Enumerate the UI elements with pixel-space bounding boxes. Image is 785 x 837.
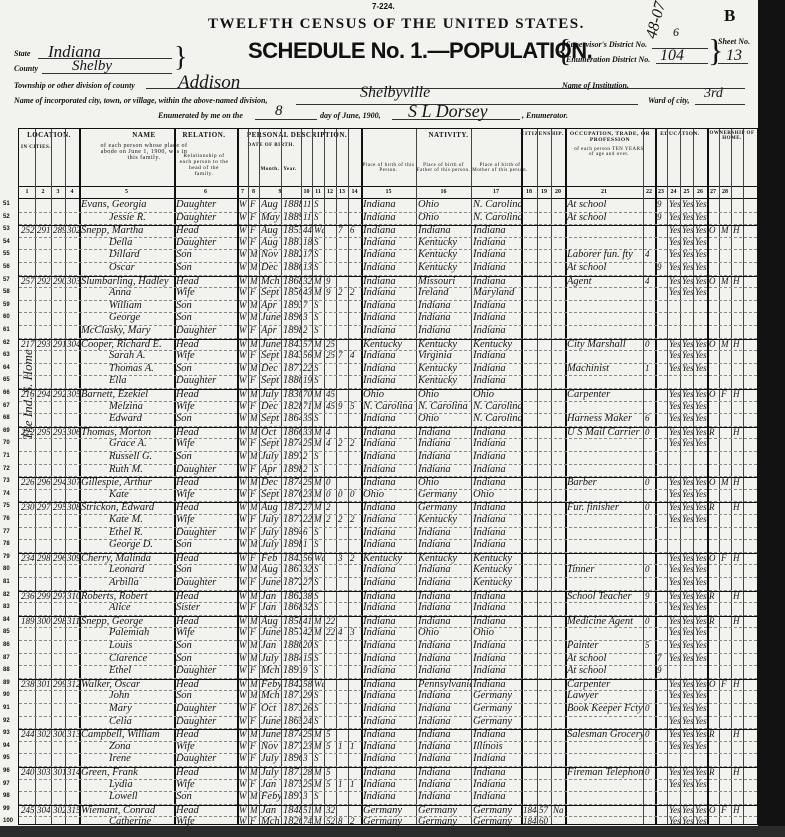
cell-occupation: Harness Maker bbox=[567, 413, 643, 424]
cell-can-write: Yes bbox=[682, 679, 693, 689]
cell-occupation: Fur. finisher bbox=[567, 502, 643, 513]
cell-relation: Daughter bbox=[176, 375, 237, 386]
cell-age: 22 bbox=[303, 514, 312, 524]
nativity-header: NATIVITY. bbox=[361, 131, 536, 139]
cell-age: 56 bbox=[303, 553, 312, 563]
cell-sex: F bbox=[250, 350, 259, 360]
cell-sex: M bbox=[250, 300, 259, 310]
column-number: 19 bbox=[537, 189, 551, 195]
line-number: 55 bbox=[3, 251, 10, 257]
pob-father-header: Place of birth of Father of this person. bbox=[416, 163, 471, 173]
cell-birth-month: Jan bbox=[261, 779, 281, 790]
population-table: LOCATION. IN CITIES. NAME of each person… bbox=[18, 128, 758, 825]
cell-age: 44 bbox=[303, 225, 312, 235]
cell-race: W bbox=[239, 287, 248, 297]
cell-sex: M bbox=[250, 653, 259, 663]
cell-race: W bbox=[239, 212, 248, 222]
cell-father-birthplace: Indiana bbox=[418, 703, 471, 714]
cell-race: W bbox=[239, 276, 248, 286]
cell-birthplace: Indiana bbox=[363, 753, 416, 764]
cell-sex: M bbox=[250, 690, 259, 700]
cell-mother-birthplace: Indiana bbox=[473, 679, 521, 690]
cell-house-number: 298 bbox=[37, 553, 51, 563]
cell-marital-status: M bbox=[314, 489, 324, 499]
cell-race: W bbox=[239, 451, 248, 461]
cell-birthplace: Ohio bbox=[363, 389, 416, 400]
cell-family-number: 314 bbox=[67, 767, 79, 777]
cell-months-unemployed: 0 bbox=[645, 616, 655, 626]
cell-marital-status: M bbox=[314, 779, 324, 789]
cell-street: 252 bbox=[21, 225, 35, 235]
cell-marital-status: S bbox=[314, 564, 324, 574]
cell-farm-house: H bbox=[733, 339, 743, 349]
cell-relation: Son bbox=[176, 312, 237, 323]
cell-race: W bbox=[239, 791, 248, 801]
cell-father-birthplace: Kentucky bbox=[418, 553, 471, 564]
cell-house-number: 300 bbox=[37, 616, 51, 626]
cell-mother-birthplace: Indiana bbox=[473, 753, 521, 764]
cell-race: W bbox=[239, 325, 248, 335]
cell-birth-month: Dec bbox=[261, 262, 281, 273]
cell-father-birthplace: N. Carolina bbox=[418, 401, 471, 412]
cell-father-birthplace: Pennsylvania bbox=[418, 679, 471, 690]
cell-father-birthplace: Ohio bbox=[418, 199, 471, 210]
cell-occupation: Machinist bbox=[567, 363, 643, 374]
cell-months-unemployed: 4 bbox=[645, 249, 655, 259]
cell-owned-rented: R bbox=[709, 427, 719, 437]
table-row: Jessie R.DaughterWFMay188911SIndianaOhio… bbox=[19, 213, 757, 226]
cell-birthplace: Indiana bbox=[363, 741, 416, 752]
cell-house-number: 299 bbox=[37, 591, 51, 601]
cell-name: Dillard bbox=[81, 249, 174, 260]
cell-name: Oscar bbox=[81, 262, 174, 273]
cell-birth-year: 1843 bbox=[283, 339, 301, 350]
cell-race: W bbox=[239, 665, 248, 675]
cell-birth-month: Feb bbox=[261, 553, 281, 564]
cell-speaks-english: Yes bbox=[695, 477, 707, 487]
cell-can-read: Yes bbox=[669, 489, 680, 499]
column-number: 15 bbox=[361, 189, 416, 195]
cell-marital-status: M bbox=[314, 477, 324, 487]
cell-speaks-english: Yes bbox=[695, 249, 707, 259]
cell-age: 11 bbox=[303, 199, 312, 209]
cell-marital-status: Wd bbox=[314, 553, 324, 563]
cell-sex: F bbox=[250, 577, 259, 587]
cell-mother-birthplace: Indiana bbox=[473, 539, 521, 550]
cell-race: W bbox=[239, 489, 248, 499]
cell-father-birthplace: Indiana bbox=[418, 564, 471, 575]
cell-age: 71 bbox=[303, 401, 312, 411]
line-number: 56 bbox=[3, 264, 10, 270]
cell-age: 35 bbox=[303, 413, 312, 423]
line-number: 98 bbox=[3, 793, 10, 799]
cell-can-read: Yes bbox=[669, 350, 680, 360]
table-row: OscarSonWMDec188613SIndianaKentuckyIndia… bbox=[19, 263, 757, 276]
cell-relation: Head bbox=[176, 389, 237, 400]
cell-birth-year: 1848 bbox=[283, 805, 301, 816]
cell-name: Zona bbox=[81, 741, 174, 752]
cell-free-mortgaged: F bbox=[721, 389, 731, 399]
cell-race: W bbox=[239, 640, 248, 650]
cell-speaks-english: Yes bbox=[695, 591, 707, 601]
cell-birthplace: Indiana bbox=[363, 451, 416, 462]
cell-birth-month: Sept bbox=[261, 375, 281, 386]
cell-mother-birthplace: Illinois bbox=[473, 741, 521, 752]
cell-age: 17 bbox=[303, 249, 312, 259]
cell-relation: Daughter bbox=[176, 703, 237, 714]
cell-relation: Head bbox=[176, 767, 237, 778]
column-number: 14 bbox=[348, 189, 361, 195]
cell-name: Palemiah bbox=[81, 627, 174, 638]
cell-mother-birthplace: Indiana bbox=[473, 616, 521, 627]
cell-birth-year: 1896 bbox=[283, 753, 301, 764]
cell-relation: Daughter bbox=[176, 325, 237, 336]
cell-mother-birthplace: Indiana bbox=[473, 325, 521, 336]
cell-name: Edward bbox=[81, 413, 174, 424]
cell-sex: F bbox=[250, 741, 259, 751]
cell-birth-year: 1843 bbox=[283, 553, 301, 564]
cell-birth-year: 1868 bbox=[283, 602, 301, 613]
cell-birth-year: 1873 bbox=[283, 703, 301, 714]
citizenship-header: CITIZENSHIP. bbox=[519, 131, 565, 137]
cell-birth-month: Nov bbox=[261, 741, 281, 752]
cell-birth-year: 1898 bbox=[283, 325, 301, 336]
column-number: 8 bbox=[248, 189, 259, 195]
cell-can-write: Yes bbox=[682, 262, 693, 272]
cell-race: W bbox=[239, 602, 248, 612]
cell-children-living: 2 bbox=[350, 438, 361, 448]
cell-birth-month: Jan bbox=[261, 640, 281, 651]
cell-months-in-school: 9 bbox=[657, 199, 667, 209]
cell-sex: M bbox=[250, 564, 259, 574]
cell-race: W bbox=[239, 729, 248, 739]
line-number: 74 bbox=[3, 491, 10, 497]
cell-race: W bbox=[239, 514, 248, 524]
enumeration-district-value: 104 bbox=[660, 47, 684, 65]
cell-owned-rented: R bbox=[709, 591, 719, 601]
cell-birth-month: Aug bbox=[261, 237, 281, 248]
column-number: 10 bbox=[301, 189, 312, 195]
cell-relation: Son bbox=[176, 249, 237, 260]
cell-sex: M bbox=[250, 477, 259, 487]
cell-birth-year: 1866 bbox=[283, 427, 301, 438]
cell-birthplace: Indiana bbox=[363, 539, 416, 550]
cell-occupation: At school bbox=[567, 262, 643, 273]
line-number: 90 bbox=[3, 692, 10, 698]
cell-age: 9 bbox=[303, 665, 312, 675]
cell-father-birthplace: Germany bbox=[418, 805, 471, 816]
column-number: 7 bbox=[237, 189, 248, 195]
cell-race: W bbox=[239, 653, 248, 663]
line-number: 97 bbox=[3, 781, 10, 787]
cell-can-read: Yes bbox=[669, 640, 680, 650]
cell-dwelling-number: 297 bbox=[53, 591, 65, 601]
cell-birthplace: Indiana bbox=[363, 779, 416, 790]
cell-speaks-english: Yes bbox=[695, 514, 707, 524]
cell-birthplace: Indiana bbox=[363, 438, 416, 449]
line-number: 78 bbox=[3, 541, 10, 547]
cell-name: Ella bbox=[81, 375, 174, 386]
line-number: 59 bbox=[3, 302, 10, 308]
cell-farm-house: H bbox=[733, 591, 743, 601]
cell-sex: M bbox=[250, 276, 259, 286]
cell-years-married: 5 bbox=[326, 767, 336, 777]
cell-birthplace: Indiana bbox=[363, 199, 416, 210]
county-label: County bbox=[14, 64, 38, 73]
form-number: 7-224. bbox=[372, 2, 395, 11]
cell-street: 244 bbox=[21, 729, 35, 739]
cell-relation: Head bbox=[176, 339, 237, 350]
cell-birth-month: July bbox=[261, 767, 281, 778]
cell-occupation: School Teacher bbox=[567, 591, 643, 602]
line-number: 100 bbox=[3, 818, 13, 824]
cell-mother-birthplace: Kentucky bbox=[473, 564, 521, 575]
cell-family-number: 303 bbox=[67, 276, 79, 286]
cell-race: W bbox=[239, 527, 248, 537]
cell-father-birthplace: Indiana bbox=[418, 300, 471, 311]
cell-can-write: Yes bbox=[682, 276, 693, 286]
cell-birth-year: 1856 bbox=[283, 287, 301, 298]
cell-relation: Wife bbox=[176, 627, 237, 638]
cell-birthplace: Indiana bbox=[363, 276, 416, 287]
cell-family-number: 311 bbox=[67, 616, 79, 626]
cell-marital-status: M bbox=[314, 767, 324, 777]
cell-mother-birthplace: Indiana bbox=[473, 477, 521, 488]
cell-birth-month: July bbox=[261, 527, 281, 538]
cell-age: 25 bbox=[303, 779, 312, 789]
column-number: 13 bbox=[336, 189, 348, 195]
cell-months-in-school: 9 bbox=[657, 262, 667, 272]
cell-relation: Head bbox=[176, 477, 237, 488]
cell-speaks-english: Yes bbox=[695, 767, 707, 777]
in-cities-header: IN CITIES. bbox=[21, 145, 51, 150]
cell-birth-month: Mch bbox=[261, 276, 281, 287]
cell-can-write: Yes bbox=[682, 816, 693, 826]
line-number: 65 bbox=[3, 377, 10, 383]
cell-birth-month: Apr bbox=[261, 300, 281, 311]
supervisor-label: Supervisor's District No. bbox=[566, 40, 647, 49]
cell-dwelling-number: 291 bbox=[53, 339, 65, 349]
cell-birthplace: Ohio bbox=[363, 489, 416, 500]
cell-can-read: Yes bbox=[669, 627, 680, 637]
cell-speaks-english: Yes bbox=[695, 401, 707, 411]
cell-father-birthplace: Indiana bbox=[418, 325, 471, 336]
cell-can-read: Yes bbox=[669, 553, 680, 563]
cell-children-born: 2 bbox=[338, 514, 348, 524]
cell-can-write: Yes bbox=[682, 489, 693, 499]
scan-edge-bottom bbox=[0, 826, 785, 837]
cell-mother-birthplace: Indiana bbox=[473, 451, 521, 462]
cell-street: 234 bbox=[21, 553, 35, 563]
cell-can-read: Yes bbox=[669, 339, 680, 349]
cell-family-number: 312 bbox=[67, 679, 79, 689]
cell-marital-status: Wd bbox=[314, 679, 324, 689]
line-number: 64 bbox=[3, 365, 10, 371]
cell-race: W bbox=[239, 413, 248, 423]
cell-race: W bbox=[239, 438, 248, 448]
cell-father-birthplace: Germany bbox=[418, 502, 471, 513]
cell-age: 24 bbox=[303, 716, 312, 726]
cell-birth-month: May bbox=[261, 212, 281, 223]
cell-birth-year: 1897 bbox=[283, 791, 301, 802]
cell-children-born: 3 bbox=[338, 553, 348, 563]
line-number: 54 bbox=[3, 239, 10, 245]
cell-birth-month: July bbox=[261, 514, 281, 525]
cell-children-living: 1 bbox=[350, 741, 361, 751]
cell-can-read: Yes bbox=[669, 276, 680, 286]
cell-birthplace: Indiana bbox=[363, 225, 416, 236]
cell-birthplace: Indiana bbox=[363, 427, 416, 438]
cell-birth-month: Aug bbox=[261, 616, 281, 627]
cell-name: Evans, Georgia bbox=[81, 199, 174, 210]
cell-name: Thomas, Morton bbox=[81, 427, 174, 438]
cell-house-number: 304 bbox=[37, 805, 51, 815]
cell-speaks-english: Yes bbox=[695, 438, 707, 448]
cell-months-unemployed: 0 bbox=[645, 339, 655, 349]
cell-farm-house: H bbox=[733, 553, 743, 563]
cell-birth-month: Sept bbox=[261, 413, 281, 424]
cell-months-unemployed: 0 bbox=[645, 477, 655, 487]
cell-age: 58 bbox=[303, 679, 312, 689]
cell-relation: Son bbox=[176, 300, 237, 311]
cell-marital-status: M bbox=[314, 816, 324, 826]
cell-mother-birthplace: Germany bbox=[473, 716, 521, 727]
cell-speaks-english: Yes bbox=[695, 805, 707, 815]
occupation-header: OCCUPATION, TRADE, OR PROFESSION bbox=[567, 131, 653, 143]
cell-marital-status: S bbox=[314, 312, 324, 322]
cell-birthplace: Indiana bbox=[363, 729, 416, 740]
cell-birth-month: Sept bbox=[261, 489, 281, 500]
cell-age: 11 bbox=[303, 212, 312, 222]
cell-can-write: Yes bbox=[682, 389, 693, 399]
cell-street: 245 bbox=[21, 805, 35, 815]
cell-father-birthplace: Indiana bbox=[418, 591, 471, 602]
cell-months-unemployed: 1 bbox=[645, 363, 655, 373]
cell-name: Kate M. bbox=[81, 514, 174, 525]
cell-can-read: Yes bbox=[669, 690, 680, 700]
cell-speaks-english: Yes bbox=[695, 350, 707, 360]
cell-birth-year: 1891 bbox=[283, 665, 301, 676]
cell-name: William bbox=[81, 300, 174, 311]
cell-birth-year: 1868 bbox=[283, 276, 301, 287]
line-number: 76 bbox=[3, 516, 10, 522]
cell-occupation: Agent bbox=[567, 276, 643, 287]
cell-relation: Wife bbox=[176, 779, 237, 790]
cell-marital-status: M bbox=[314, 350, 324, 360]
cell-birth-month: Nov bbox=[261, 249, 281, 260]
cell-street: 257 bbox=[21, 276, 35, 286]
cell-race: W bbox=[239, 502, 248, 512]
cell-can-write: Yes bbox=[682, 767, 693, 777]
cell-can-write: Yes bbox=[682, 438, 693, 448]
cell-children-living: 2 bbox=[350, 816, 361, 826]
cell-marital-status: S bbox=[314, 703, 324, 713]
cell-birth-month: July bbox=[261, 653, 281, 664]
line-number: 91 bbox=[3, 705, 10, 711]
cell-relation: Head bbox=[176, 276, 237, 287]
column-number: 16 bbox=[416, 189, 471, 195]
cell-race: W bbox=[239, 577, 248, 587]
personal-description-header: PERSONAL DESCRIPTION. bbox=[237, 131, 357, 139]
cell-birthplace: Indiana bbox=[363, 375, 416, 386]
cell-naturalization: Na bbox=[553, 805, 565, 815]
cell-can-write: Yes bbox=[682, 690, 693, 700]
cell-sex: M bbox=[250, 249, 259, 259]
cell-can-read: Yes bbox=[669, 577, 680, 587]
line-number: 77 bbox=[3, 529, 10, 535]
cell-marital-status: Wd bbox=[314, 225, 324, 235]
cell-children-living: 4 bbox=[350, 350, 361, 360]
cell-birth-month: July bbox=[261, 389, 281, 400]
cell-dwelling-number: 295 bbox=[53, 502, 65, 512]
date-of-birth-header: DATE OF BIRTH. bbox=[241, 143, 301, 148]
cell-relation: Son bbox=[176, 690, 237, 701]
cell-birth-year: 1898 bbox=[283, 539, 301, 550]
enumeration-district-label: Enumeration District No. bbox=[566, 55, 650, 64]
column-number: 20 bbox=[551, 189, 565, 195]
table-row: EdwardSonWMSept186435SIndianaOhioN. Caro… bbox=[19, 414, 757, 427]
cell-family-number: 315 bbox=[67, 805, 79, 815]
cell-sex: M bbox=[250, 767, 259, 777]
cell-father-birthplace: Kentucky bbox=[418, 237, 471, 248]
line-number: 75 bbox=[3, 503, 10, 509]
cell-family-number: 313 bbox=[67, 729, 79, 739]
cell-street: 236 bbox=[21, 591, 35, 601]
cell-birth-month: Dec bbox=[261, 363, 281, 374]
cell-farm-house: H bbox=[733, 805, 743, 815]
cell-father-birthplace: Ohio bbox=[418, 212, 471, 223]
cell-name: Mary bbox=[81, 703, 174, 714]
cell-birth-year: 1877 bbox=[283, 514, 301, 525]
cell-sex: F bbox=[250, 627, 259, 637]
cell-can-read: Yes bbox=[669, 413, 680, 423]
cell-name: Alice bbox=[81, 602, 174, 613]
cell-speaks-english: Yes bbox=[695, 287, 707, 297]
cell-birth-year: 1874 bbox=[283, 729, 301, 740]
cell-speaks-english: Yes bbox=[695, 716, 707, 726]
line-number: 73 bbox=[3, 478, 10, 484]
cell-can-read: Yes bbox=[669, 212, 680, 222]
cell-birthplace: Indiana bbox=[363, 653, 416, 664]
cell-speaks-english: Yes bbox=[695, 627, 707, 637]
cell-mother-birthplace: N. Carolina bbox=[473, 199, 521, 210]
cell-birth-year: 1871 bbox=[283, 690, 301, 701]
cell-birthplace: Indiana bbox=[363, 237, 416, 248]
cell-mother-birthplace: Indiana bbox=[473, 602, 521, 613]
cell-name: Russell G. bbox=[81, 451, 174, 462]
cell-birthplace: Kentucky bbox=[363, 553, 416, 564]
month-header: Month. bbox=[259, 167, 281, 172]
cell-sex: F bbox=[250, 438, 259, 448]
cell-age: 3 bbox=[303, 791, 312, 801]
cell-race: W bbox=[239, 249, 248, 259]
table-header: LOCATION. IN CITIES. NAME of each person… bbox=[19, 129, 757, 187]
line-number: 69 bbox=[3, 428, 10, 434]
cell-mother-birthplace: Maryland bbox=[473, 287, 521, 298]
column-number: 25 bbox=[680, 189, 693, 195]
cell-farm-house: H bbox=[733, 767, 743, 777]
column-number: 12 bbox=[324, 189, 336, 195]
cell-mother-birthplace: Indiana bbox=[473, 237, 521, 248]
cell-father-birthplace: Indiana bbox=[418, 527, 471, 538]
cell-age: 43 bbox=[303, 287, 312, 297]
cell-mother-birthplace: Indiana bbox=[473, 779, 521, 790]
cell-months-in-school: 9 bbox=[657, 212, 667, 222]
cell-sex: F bbox=[250, 287, 259, 297]
cell-can-read: Yes bbox=[669, 514, 680, 524]
cell-birthplace: Indiana bbox=[363, 477, 416, 488]
cell-birthplace: Indiana bbox=[363, 363, 416, 374]
